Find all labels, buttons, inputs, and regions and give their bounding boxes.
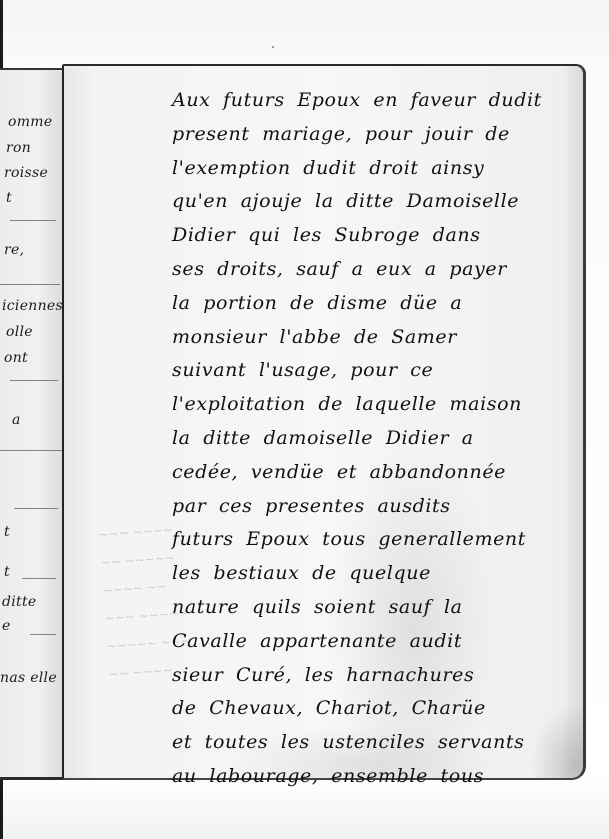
manuscript-line: l'exemption dudit droit ainsy: [172, 152, 582, 186]
prev-page-rule: [10, 380, 58, 381]
prev-page-rule: [14, 508, 58, 509]
dust-speck: [184, 306, 186, 308]
manuscript-line: la ditte damoiselle Didier a: [172, 422, 582, 456]
dust-speck: [464, 706, 466, 708]
prev-page-line: t: [6, 190, 12, 206]
prev-page-line: iciennes: [2, 298, 63, 314]
manuscript-line: Aux futurs Epoux en faveur dudit: [172, 84, 582, 118]
manuscript-line: monsieur l'abbe de Samer: [172, 321, 582, 355]
prev-page-line: e: [2, 618, 11, 634]
previous-page-fragment: omme ron roisse t re, iciennes olle ont …: [0, 68, 66, 780]
manuscript-line: cedée, vendüe et abbandonnée: [172, 456, 582, 490]
prev-page-line: ont: [4, 350, 28, 366]
manuscript-line: de Chevaux, Chariot, Charüe: [172, 692, 582, 726]
manuscript-text: Aux futurs Epoux en faveur dudit present…: [172, 84, 582, 794]
manuscript-scan: omme ron roisse t re, iciennes olle ont …: [0, 0, 609, 839]
prev-page-line: omme: [8, 114, 52, 130]
manuscript-line: par ces presentes ausdits: [172, 490, 582, 524]
manuscript-line: les bestiaux de quelque: [172, 557, 582, 591]
manuscript-line: la portion de disme düe a: [172, 287, 582, 321]
main-manuscript-page: ~~~ ~~~~~~ ~~~~~~~~~ ~~~~~ ~~~~~~~~~~ ~~…: [62, 64, 586, 780]
manuscript-line: et toutes les ustenciles servants: [172, 726, 582, 760]
manuscript-line: Didier qui les Subroge dans: [172, 219, 582, 253]
dust-speck: [272, 46, 274, 48]
prev-page-rule: [0, 284, 60, 285]
manuscript-line: suivant l'usage, pour ce: [172, 354, 582, 388]
prev-page-line: t: [4, 564, 10, 580]
prev-page-rule: [22, 578, 56, 579]
prev-page-line: olle: [6, 324, 33, 340]
manuscript-line: l'exploitation de laquelle maison: [172, 388, 582, 422]
manuscript-line: qu'en ajouje la ditte Damoiselle: [172, 185, 582, 219]
manuscript-line: ses droits, sauf a eux a payer: [172, 253, 582, 287]
prev-page-line: nas elle: [0, 670, 57, 686]
manuscript-line: nature quils soient sauf la: [172, 591, 582, 625]
manuscript-line: Cavalle appartenante audit: [172, 625, 582, 659]
manuscript-line: futurs Epoux tous generallement: [172, 523, 582, 557]
prev-page-rule: [10, 220, 56, 221]
prev-page-line: roisse: [4, 165, 48, 181]
prev-page-rule: [0, 450, 62, 451]
prev-page-line: ron: [6, 140, 31, 156]
prev-page-line: re,: [4, 242, 24, 258]
prev-page-rule: [30, 634, 56, 635]
manuscript-line: au labourage, ensemble tous: [172, 760, 582, 794]
prev-page-line: ditte: [2, 594, 36, 610]
prev-page-line: a: [12, 412, 21, 428]
prev-page-line: t: [4, 524, 10, 540]
manuscript-line: present mariage, pour jouir de: [172, 118, 582, 152]
manuscript-line: sieur Curé, les harnachures: [172, 659, 582, 693]
